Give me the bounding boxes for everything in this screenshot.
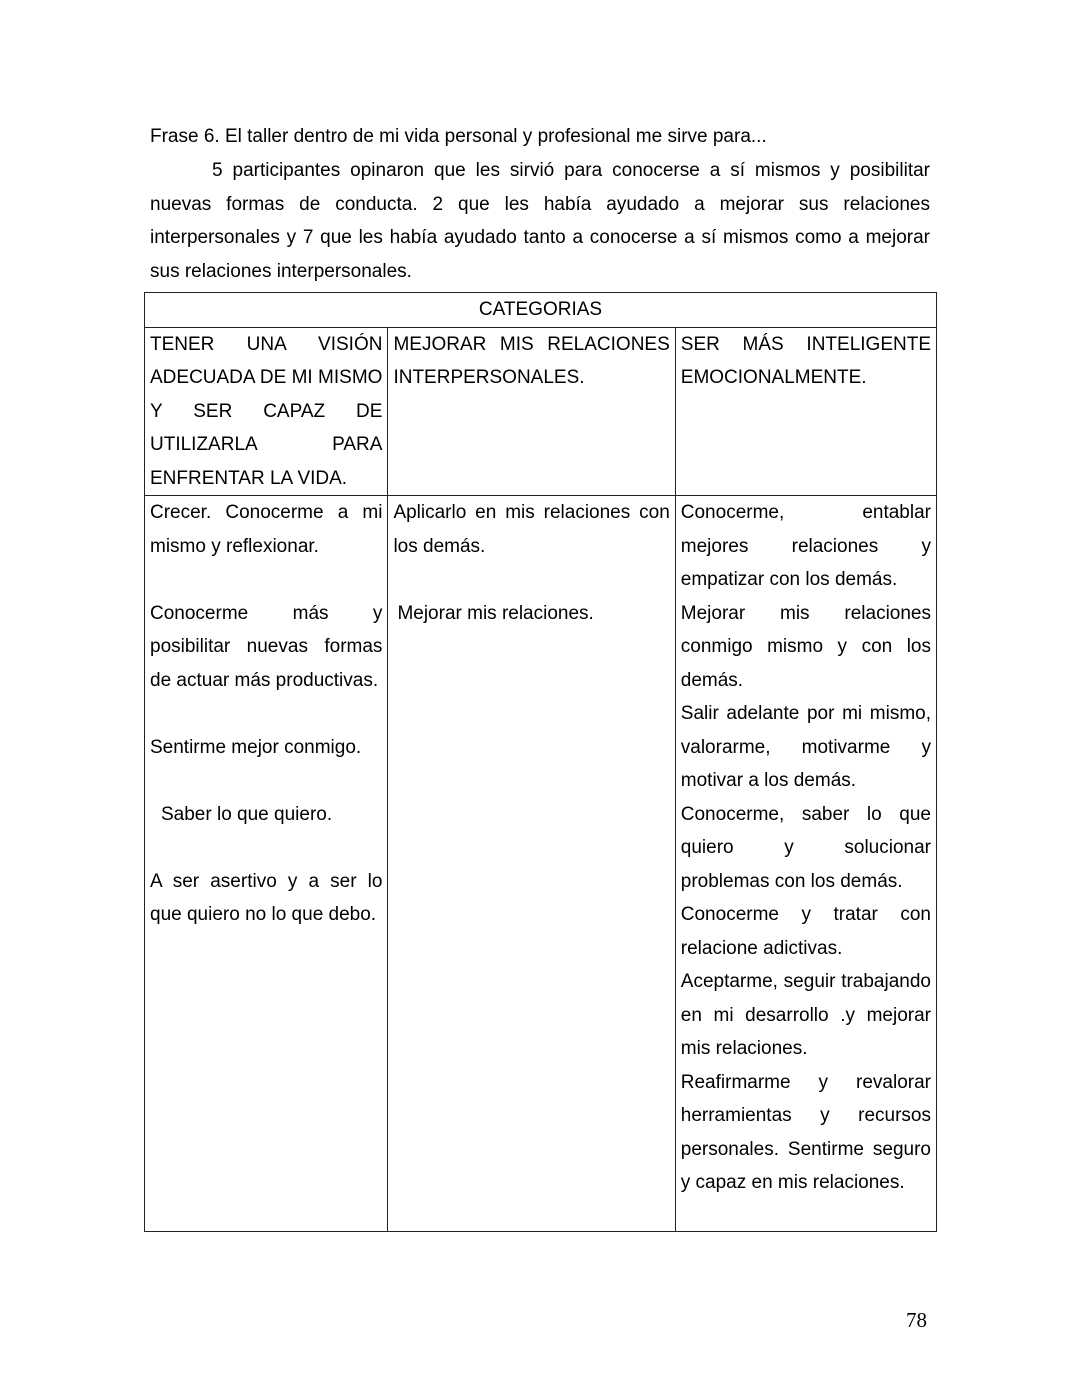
category-header-row: TENER UNA VISIÓN ADECUADA DE MI MISMO Y … — [145, 327, 937, 496]
category-header: MEJORAR MIS RELACIONES INTERPERSONALES. — [388, 327, 675, 496]
response-item: A ser asertivo y a ser lo que quiero no … — [150, 865, 382, 932]
table-title-row: CATEGORIAS — [145, 293, 937, 328]
response-item: Mejorar mis relaciones conmigo mismo y c… — [681, 597, 931, 698]
response-item: Sentirme mejor conmigo. — [150, 731, 382, 765]
table-title: CATEGORIAS — [145, 293, 937, 328]
categories-table: CATEGORIAS TENER UNA VISIÓN ADECUADA DE … — [144, 292, 937, 1232]
response-item: Conocerme, saber lo que quiero y solucio… — [681, 798, 931, 899]
summary-paragraph: 5 participantes opinaron que les sirvió … — [150, 154, 930, 288]
response-item: Reafirmarme y revalorar herramientas y r… — [681, 1066, 931, 1200]
responses-cell: Crecer. Conocerme a mi mismo y reflexion… — [145, 496, 388, 1232]
summary-text: 5 participantes opinaron que les sirvió … — [150, 160, 930, 282]
response-item: Salir adelante por mi mismo, valorarme, … — [681, 697, 931, 798]
response-item: Crecer. Conocerme a mi mismo y reflexion… — [150, 496, 382, 563]
responses-cell: Aplicarlo en mis relaciones con los demá… — [388, 496, 675, 1232]
response-item: Aplicarlo en mis relaciones con los demá… — [393, 496, 669, 563]
section-heading: Frase 6. El taller dentro de mi vida per… — [150, 120, 940, 154]
responses-row: Crecer. Conocerme a mi mismo y reflexion… — [145, 496, 937, 1232]
response-item: Saber lo que quiero. — [150, 798, 382, 832]
response-item: Aceptarme, seguir trabajando en mi desar… — [681, 965, 931, 1066]
responses-cell: Conocerme, entablar mejores relaciones y… — [675, 496, 936, 1232]
category-header: SER MÁS INTELIGENTE EMOCIONALMENTE. — [675, 327, 936, 496]
response-item: Conocerme más y posibilitar nuevas forma… — [150, 597, 382, 698]
response-item: Conocerme y tratar con relacione adictiv… — [681, 898, 931, 965]
document-page: Frase 6. El taller dentro de mi vida per… — [0, 0, 1080, 1397]
category-header: TENER UNA VISIÓN ADECUADA DE MI MISMO Y … — [145, 327, 388, 496]
response-item: Mejorar mis relaciones. — [393, 597, 669, 631]
page-number: 78 — [906, 1308, 927, 1333]
response-item: Conocerme, entablar mejores relaciones y… — [681, 496, 931, 597]
